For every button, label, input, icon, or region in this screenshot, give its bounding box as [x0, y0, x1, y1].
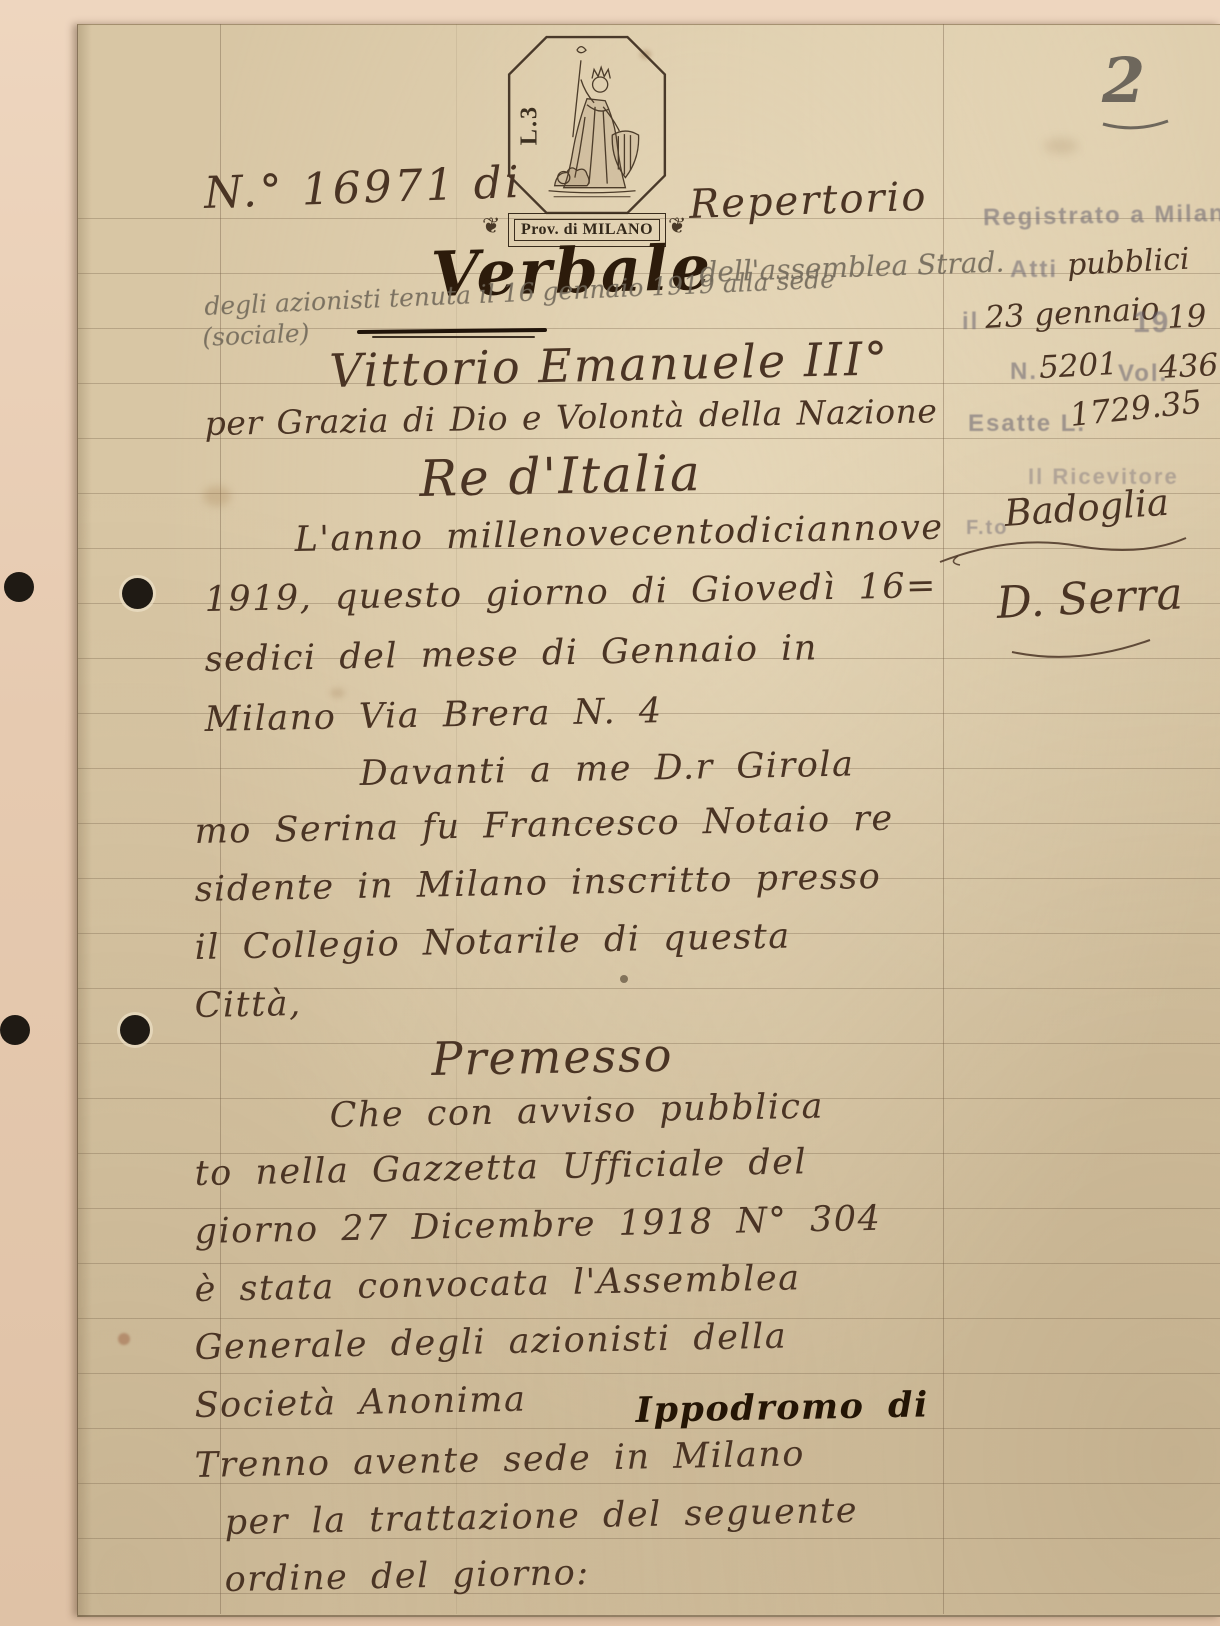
- registered-stamp: Registrato a Milano: [983, 200, 1220, 233]
- ink-fleck: [620, 975, 628, 983]
- manuscript-insertion: Ippodromo di: [635, 1384, 929, 1431]
- binder-hole-backing-bottom: [0, 1015, 30, 1045]
- page-number: 2: [1102, 44, 1145, 117]
- punch-hole-page-bottom: [120, 1015, 150, 1045]
- stamp-value-text: L.3: [515, 105, 542, 145]
- manuscript-line: Re d'Italia: [419, 444, 702, 508]
- volume-number: 436: [1158, 347, 1219, 386]
- second-signature: D. Serra: [995, 568, 1184, 629]
- manuscript-heading: Premesso: [431, 1028, 674, 1086]
- repertory-label: Repertorio: [688, 174, 928, 228]
- punch-hole-page-top: [122, 578, 153, 609]
- rust-spot: [118, 1333, 130, 1345]
- year-stamp: 19: [1133, 306, 1170, 340]
- stain: [203, 486, 231, 506]
- manuscript-line: Città,: [194, 984, 302, 1026]
- acts-value: pubblici: [1066, 242, 1190, 283]
- stain: [1044, 138, 1078, 154]
- manuscript-line: ordine del giorno:: [224, 1553, 590, 1600]
- date-stamp-label: il: [962, 308, 979, 336]
- binder-hole-backing-top: [4, 572, 34, 602]
- title-underline-2: [372, 336, 535, 338]
- revenue-stamp-emblem: L.3: [505, 34, 669, 216]
- year-written: 19: [1166, 298, 1207, 336]
- manuscript-line: Società Anonima: [194, 1380, 527, 1426]
- acts-stamp-label: Atti: [1010, 256, 1058, 284]
- scanned-notarial-document: L.3 ❦ Prov. di MILANO ❦ N.° 16971 di: [0, 0, 1220, 1626]
- registration-number: 5201: [1038, 346, 1119, 386]
- pencil-annotation-3: (sociale): [202, 318, 310, 352]
- fees-stamp-label: Esatte L.: [968, 410, 1086, 438]
- signed-stamp-label: F.to: [966, 517, 1008, 540]
- number-stamp-label: N.: [1010, 358, 1038, 386]
- allegorical-figure-icon: [549, 47, 639, 197]
